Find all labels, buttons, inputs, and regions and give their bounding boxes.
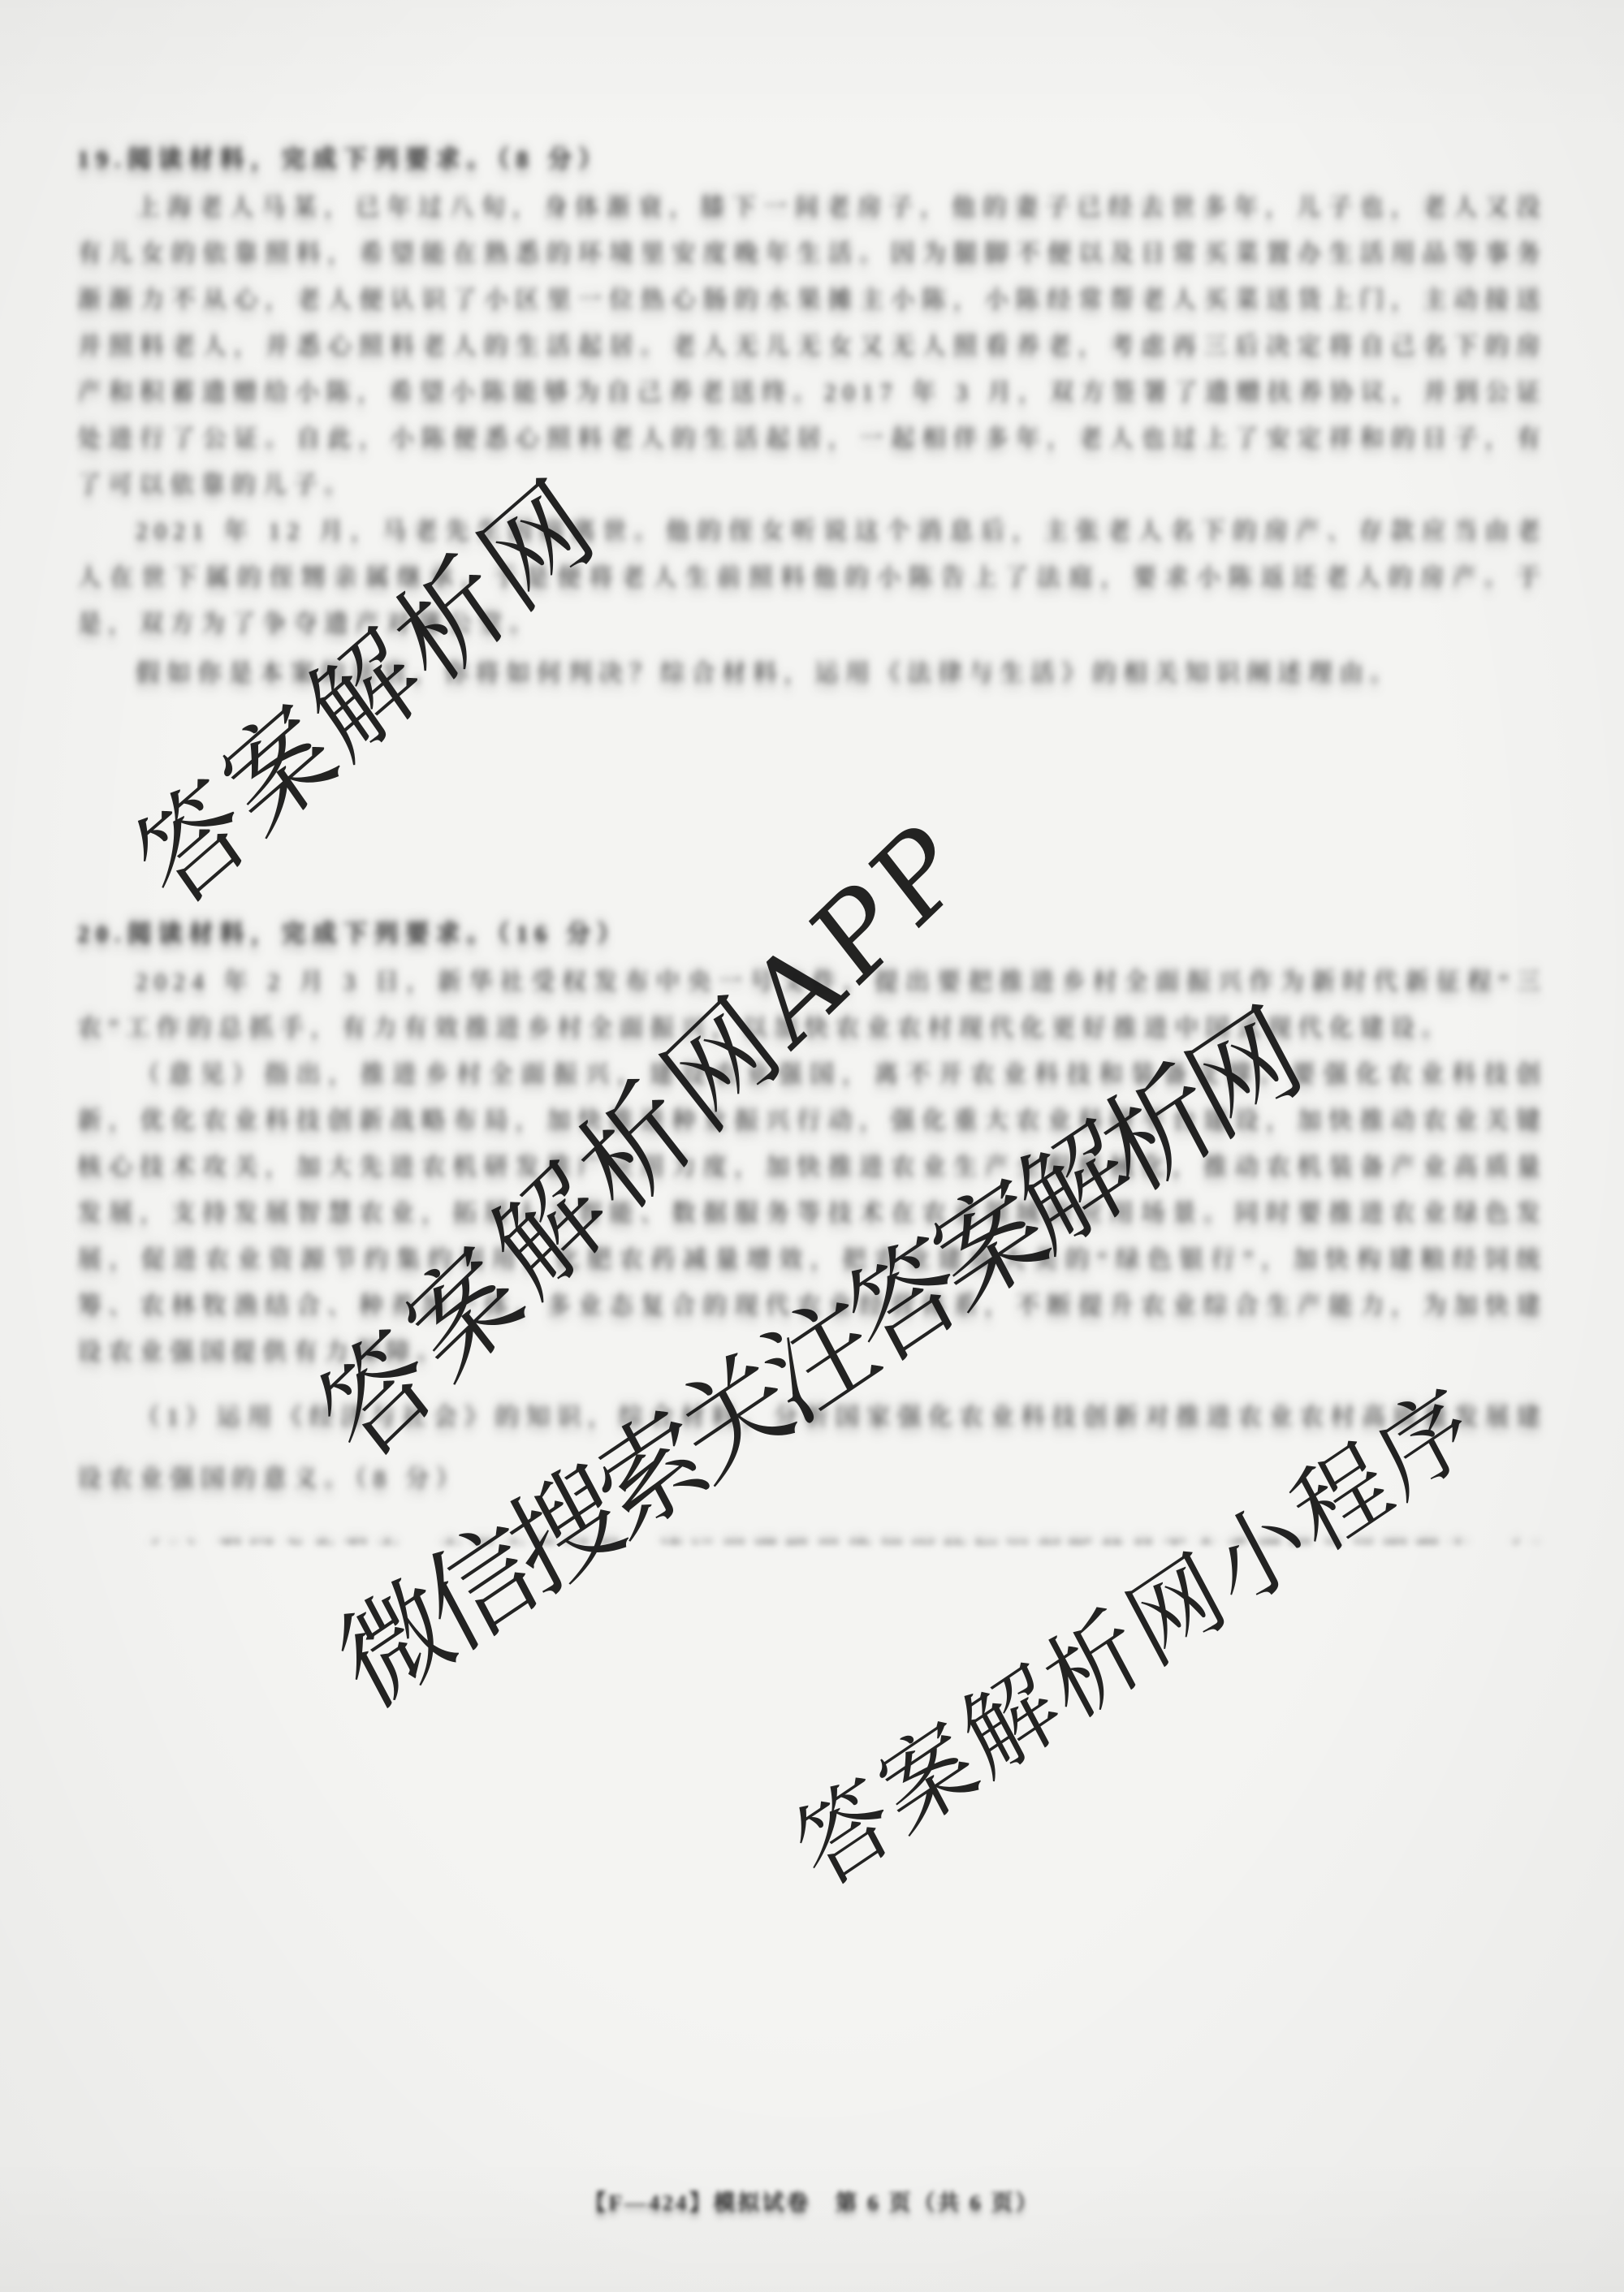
question-19-paragraph-1: 上海老人马某，已年过八旬，身体渐衰，膝下一间老房子，他的妻子已经去世多年，儿子也… (77, 184, 1547, 508)
question-19-header: 19.阅读材料，完成下列要求。（8 分） (77, 136, 1547, 183)
question-19-block: 19.阅读材料，完成下列要求。（8 分） 上海老人马某，已年过八旬，身体渐衰，膝… (77, 136, 1547, 900)
question-20-header: 20.阅读材料，完成下列要求。（16 分） (77, 911, 1547, 957)
question-19-prompt: 假如你是本案的法官，你将如何判决？综合材料，运用《法律与生活》的相关知识阐述理由… (77, 650, 1547, 697)
question-20-prompt-1: （1）运用《经济与社会》的知识，综合材料，分析国家强化农业科技创新对推进农业农村… (77, 1387, 1547, 1510)
page-footer: 【F—424】模拟试卷 第 6 页（共 6 页） (0, 2189, 1624, 2216)
question-20-paragraph-1: 2024 年 2 月 3 日，新华社受权发布中央一号文件，提出要把推进乡村全面振… (77, 959, 1547, 1051)
question-20-block: 20.阅读材料，完成下列要求。（16 分） 2024 年 2 月 3 日，新华社… (77, 911, 1547, 1544)
question-19-paragraph-2: 2021 年 12 月，马老先生因病离世。他的侄女听说这个消息后，主张老人名下的… (77, 508, 1547, 647)
scanned-exam-page: 19.阅读材料，完成下列要求。（8 分） 上海老人马某，已年过八旬，身体渐衰，膝… (0, 0, 1624, 2292)
question-20-prompt-2: （2）强国必先强农，农强方能国强。请运用逻辑思维规则的知识判断其是否合乎逻辑并说… (77, 1522, 1547, 1544)
question-20-paragraph-2: （意见）指出，推进乡村全面振兴，建设农业强国，离不开农业科技和装备支撑。要强化农… (77, 1051, 1547, 1375)
